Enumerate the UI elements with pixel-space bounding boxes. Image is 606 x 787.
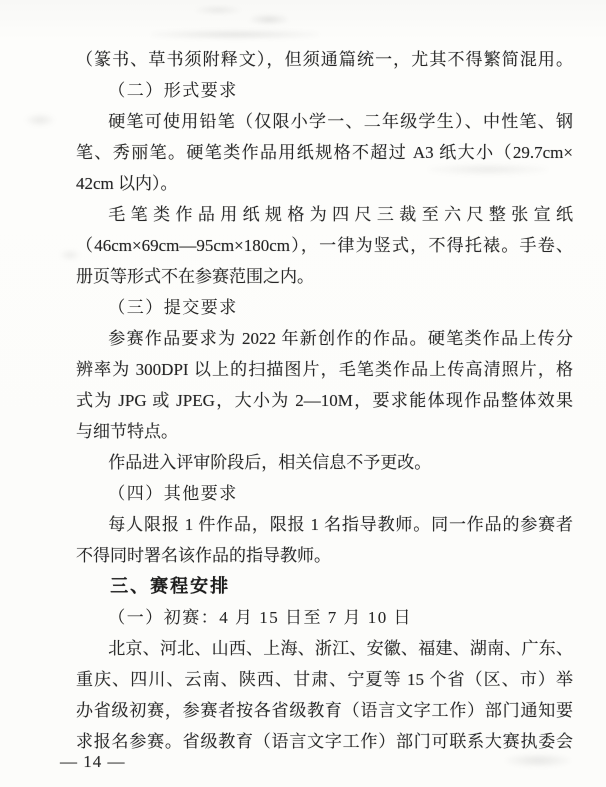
section-heading-form-requirements: （二）形式要求 bbox=[76, 75, 573, 106]
section-heading-preliminary-round: （一）初赛：4 月 15 日至 7 月 10 日 bbox=[76, 602, 573, 633]
page-content: （篆书、草书须附释文），但须通篇统一，尤其不得繁简混用。 （二）形式要求 硬笔可… bbox=[76, 44, 573, 757]
text-line: 硬笔可使用铅笔（仅限小学一、二年级学生）、中性笔、钢 bbox=[76, 106, 573, 137]
text-line: 册页等形式不在参赛范围之内。 bbox=[76, 261, 573, 292]
text-line: 求报名参赛。省级教育（语言文字工作）部门可联系大赛执委会 bbox=[76, 726, 573, 757]
text-line-continuation: （篆书、草书须附释文），但须通篇统一，尤其不得繁简混用。 bbox=[76, 44, 573, 75]
text-line: 与细节特点。 bbox=[76, 416, 573, 447]
text-line: 42cm 以内）。 bbox=[76, 168, 573, 199]
text-line: 不得同时署名该作品的指导教师。 bbox=[76, 540, 573, 571]
page-number: — 14 — bbox=[60, 752, 126, 772]
scan-smudge bbox=[196, 6, 240, 14]
document-page: （篆书、草书须附释文），但须通篇统一，尤其不得繁简混用。 （二）形式要求 硬笔可… bbox=[0, 0, 606, 787]
text-line: 辨率为 300DPI 以上的扫描图片，毛笔类作品上传高清照片，格 bbox=[76, 354, 573, 385]
text-line: （46cm×69cm—95cm×180cm），一律为竖式，不得托裱。手卷、 bbox=[76, 230, 573, 261]
text-line: 式为 JPG 或 JPEG，大小为 2—10M，要求能体现作品整体效果 bbox=[76, 385, 573, 416]
chapter-heading-schedule: 三、赛程安排 bbox=[76, 571, 573, 602]
text-line: 每人限报 1 件作品，限报 1 名指导教师。同一作品的参赛者 bbox=[76, 509, 573, 540]
text-line: 作品进入评审阶段后，相关信息不予更改。 bbox=[76, 447, 573, 478]
text-line: 重庆、四川、云南、陕西、甘肃、宁夏等 15 个省（区、市）举 bbox=[76, 664, 573, 695]
scan-smudge bbox=[150, 30, 320, 39]
text-line: 参赛作品要求为 2022 年新创作的作品。硬笔类作品上传分 bbox=[76, 323, 573, 354]
scan-smudge bbox=[26, 114, 54, 126]
scan-smudge bbox=[250, 15, 288, 24]
text-line: 笔、秀丽笔。硬笔类作品用纸规格不超过 A3 纸大小（29.7cm× bbox=[76, 137, 573, 168]
text-line: 北京、河北、山西、上海、浙江、安徽、福建、湖南、广东、 bbox=[76, 633, 573, 664]
text-line: 办省级初赛，参赛者按各省级教育（语言文字工作）部门通知要 bbox=[76, 695, 573, 726]
section-heading-other-requirements: （四）其他要求 bbox=[76, 478, 573, 509]
text-line: 毛笔类作品用纸规格为四尺三裁至六尺整张宣纸 bbox=[76, 199, 573, 230]
section-heading-submission-requirements: （三）提交要求 bbox=[76, 292, 573, 323]
